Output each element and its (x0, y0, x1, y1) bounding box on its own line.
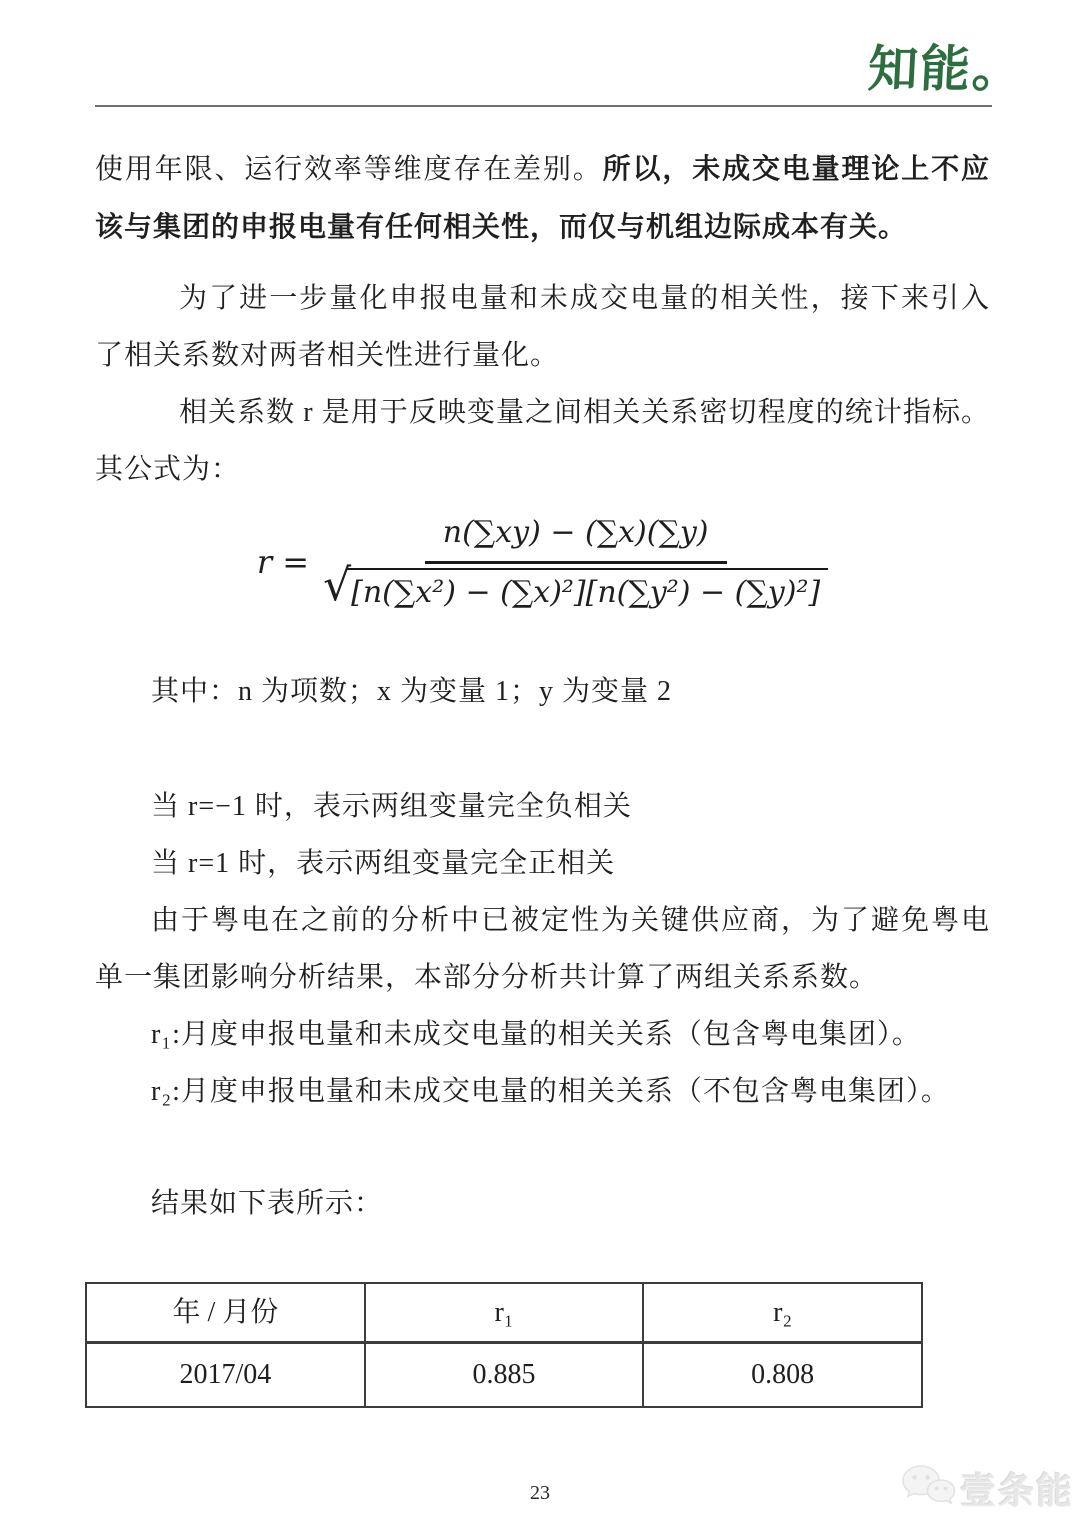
table-header: 年 / 月份 r₁ r₂ (86, 1283, 922, 1343)
formula-fraction: n(∑xy) − (∑x)(∑y) √ [n(∑x²) − (∑x)²][n(∑… (323, 512, 828, 611)
paragraph-correlation-definition: 相关系数 r 是用于反映变量之间相关关系密切程度的统计指标。其公式为： (95, 384, 990, 498)
paragraph-variable-notes: 其中：n 为项数；x 为变量 1；y 为变量 2 (95, 663, 990, 720)
paragraph-r1-definition: r₁:月度申报电量和未成交电量的相关关系（包含粤电集团）。 (95, 1006, 990, 1063)
document-body: 使用年限、运行效率等维度存在差别。所以，未成交电量理论上不应该与集团的申报电量有… (95, 140, 990, 1408)
watermark: 壹条能 (900, 1462, 1074, 1515)
paragraph-quantify: 为了进一步量化申报电量和未成交电量的相关性，接下来引入了相关系数对两者相关性进行… (95, 270, 990, 384)
paragraph-intro-normal-text: 使用年限、运行效率等维度存在差别。 (95, 154, 603, 185)
square-root-sign: √ (323, 565, 351, 607)
paragraph-intro: 使用年限、运行效率等维度存在差别。所以，未成交电量理论上不应该与集团的申报电量有… (95, 140, 990, 256)
formula-lhs: r = (257, 542, 309, 582)
table-cell-r2-value: 0.808 (643, 1343, 922, 1407)
document-page: 知能。 使用年限、运行效率等维度存在差别。所以，未成交电量理论上不应该与集团的申… (0, 0, 1080, 1527)
paragraph-yuedian-note: 由于粤电在之前的分析中已被定性为关键供应商，为了避免粤电单一集团影响分析结果，本… (95, 892, 990, 1006)
paragraph-positive-correlation: 当 r=1 时，表示两组变量完全正相关 (95, 835, 990, 892)
table-header-r2: r₂ (643, 1283, 922, 1343)
table-row: 2017/04 0.885 0.808 (86, 1343, 922, 1407)
brand-logo: 知能。 (867, 44, 1026, 94)
correlation-coefficient-formula: r = n(∑xy) − (∑x)(∑y) √ [n(∑x²) − (∑x)²]… (95, 512, 990, 611)
header-divider-rule (95, 105, 992, 107)
formula-denominator-expression: [n(∑x²) − (∑x)²][n(∑y²) − (∑y)²] (346, 568, 828, 612)
table-header-year-month: 年 / 月份 (86, 1283, 365, 1343)
paragraph-r2-definition: r₂:月度申报电量和未成交电量的相关关系（不包含粤电集团）。 (95, 1063, 990, 1120)
wechat-icon (900, 1462, 956, 1515)
table-header-r1: r₁ (365, 1283, 644, 1343)
table-header-row: 年 / 月份 r₁ r₂ (86, 1283, 922, 1343)
table-cell-r1-value: 0.885 (365, 1343, 644, 1407)
watermark-text: 壹条能 (960, 1463, 1074, 1514)
paragraph-result-intro: 结果如下表所示： (95, 1175, 990, 1232)
correlation-results-table: 年 / 月份 r₁ r₂ 2017/04 0.885 0.808 (85, 1282, 923, 1408)
table-cell-year-month: 2017/04 (86, 1343, 365, 1407)
paragraph-negative-correlation: 当 r=−1 时，表示两组变量完全负相关 (95, 778, 990, 835)
formula-denominator: √ [n(∑x²) − (∑x)²][n(∑y²) − (∑y)²] (323, 564, 828, 612)
table-body: 2017/04 0.885 0.808 (86, 1343, 922, 1407)
formula-numerator: n(∑xy) − (∑x)(∑y) (425, 512, 727, 564)
